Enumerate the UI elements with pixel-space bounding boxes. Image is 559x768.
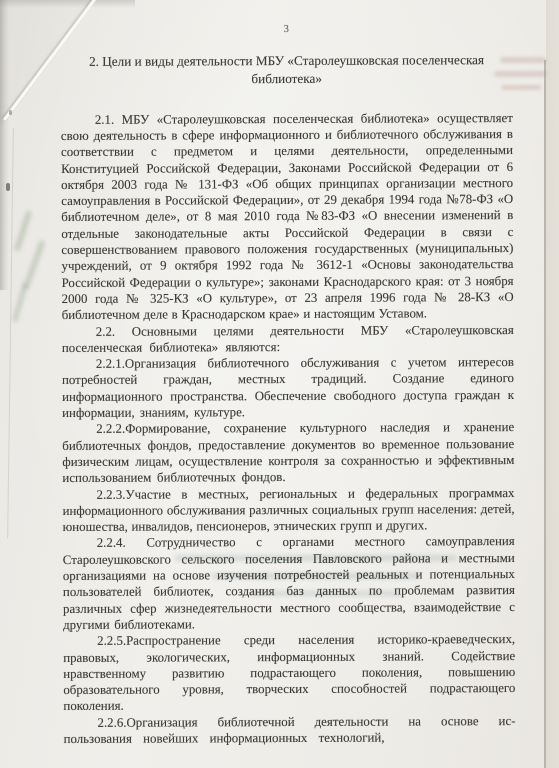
page-number: 3 — [60, 21, 512, 39]
section-heading: 2. Цели и виды деятельности МБУ «Староле… — [72, 51, 502, 87]
right-edge-band — [546, 0, 559, 768]
top-edge-shadow — [0, 0, 135, 8]
paragraph-2-2: 2.2. Основными целями деятельности МБУ «… — [62, 322, 514, 357]
scan-speck — [6, 183, 10, 191]
right-page-edge-line — [544, 60, 546, 768]
paragraph-2-2-2: 2.2.2.Формирование, сохранение культурно… — [62, 419, 514, 486]
scan-speck — [9, 110, 12, 115]
bleed-through-smudge — [12, 283, 28, 323]
paragraph-2-1: 2.1. МБУ «Старолеушковская поселенческая… — [61, 110, 514, 324]
paragraph-2-2-4: 2.2.4. Сотрудничество с органами местног… — [63, 533, 515, 633]
scanned-document-page: 3 2. Цели и виды деятельности МБУ «Старо… — [0, 0, 559, 768]
paragraph-2-2-5: 2.2.5.Распространение среди населения ис… — [63, 631, 515, 714]
paragraph-2-2-1: 2.2.1.Организация библиотечного обслужив… — [62, 354, 514, 421]
bleed-through-smudge — [14, 210, 33, 252]
paragraph-2-2-6: 2.2.6.Организация библиотечной деятельно… — [63, 713, 515, 748]
paragraph-2-2-3: 2.2.3.Участие в местных, региональных и … — [62, 485, 514, 536]
document-body: 3 2. Цели и виды деятельности МБУ «Старо… — [60, 21, 515, 747]
left-edge-shadow — [0, 0, 9, 290]
